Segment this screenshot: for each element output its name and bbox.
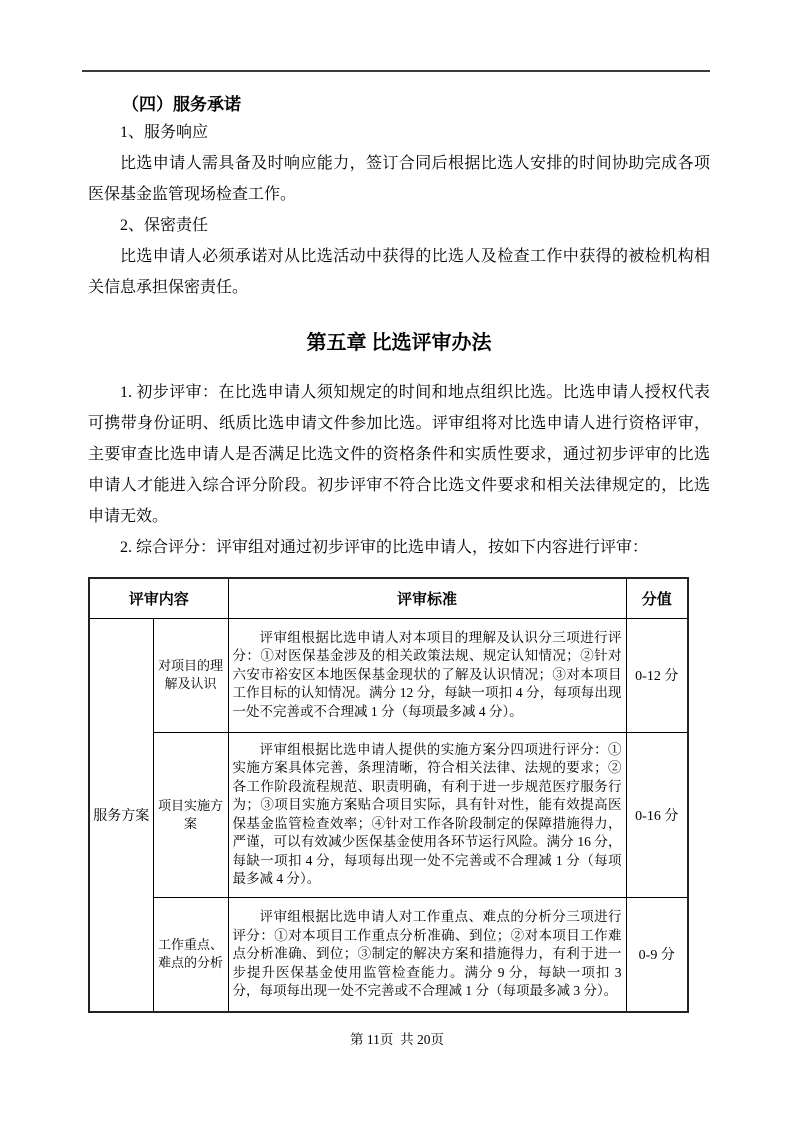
item1-body: 比选申请人需具备及时响应能力，签订合同后根据比选人安排的时间协助完成各项医保基金… — [88, 148, 710, 210]
table-header-review-content: 评审内容 — [89, 578, 228, 618]
header-rule — [82, 70, 710, 72]
chapter-para-preliminary-review: 1. 初步评审：在比选申请人须知规定的时间和地点组织比选。比选申请人授权代表可携… — [88, 377, 710, 532]
table-row: 项目实施方案 评审组根据比选申请人提供的实施方案分四项进行评分：①实施方案具体完… — [89, 732, 688, 897]
table-header-review-standard: 评审标准 — [228, 578, 626, 618]
evaluation-criteria-table: 评审内容 评审标准 分值 服务方案 对项目的理解及认识 评审组根据比选申请人对本… — [88, 577, 689, 1013]
standard-text: 评审组根据比选申请人提供的实施方案分四项进行评分：①实施方案具体完善，条理清晰，… — [233, 741, 622, 889]
standard-cell-project-understanding: 评审组根据比选申请人对本项目的理解及认识分三项进行评分：①对医保基金涉及的相关政… — [228, 618, 626, 732]
document-page: （四）服务承诺 1、服务响应 比选申请人需具备及时响应能力，签订合同后根据比选人… — [0, 0, 794, 1122]
score-cell-project-understanding: 0-12 分 — [626, 618, 688, 732]
item-cell-key-difficulty-analysis: 工作重点、难点的分析 — [153, 897, 228, 1012]
category-cell-service-plan: 服务方案 — [89, 618, 153, 1012]
page-number: 第 11页 共 20页 — [0, 1028, 794, 1048]
item1-title: 1、服务响应 — [88, 117, 710, 148]
table-row: 服务方案 对项目的理解及认识 评审组根据比选申请人对本项目的理解及认识分三项进行… — [89, 618, 688, 732]
score-cell-implementation-plan: 0-16 分 — [626, 732, 688, 897]
item-cell-implementation-plan: 项目实施方案 — [153, 732, 228, 897]
table-header-row: 评审内容 评审标准 分值 — [89, 578, 688, 618]
standard-cell-implementation-plan: 评审组根据比选申请人提供的实施方案分四项进行评分：①实施方案具体完善，条理清晰，… — [228, 732, 626, 897]
section-heading-service-commitment: （四）服务承诺 — [88, 93, 710, 117]
standard-cell-key-difficulty-analysis: 评审组根据比选申请人对工作重点、难点的分析分三项进行评分：①对本项目工作重点分析… — [228, 897, 626, 1012]
chapter-title: 第五章 比选评审办法 — [88, 327, 710, 359]
item-cell-project-understanding: 对项目的理解及认识 — [153, 618, 228, 732]
table-row: 工作重点、难点的分析 评审组根据比选申请人对工作重点、难点的分析分三项进行评分：… — [89, 897, 688, 1012]
item2-body: 比选申请人必须承诺对从比选活动中获得的比选人及检查工作中获得的被检机构相关信息承… — [88, 241, 710, 303]
chapter-para-comprehensive-scoring: 2. 综合评分：评审组对通过初步评审的比选申请人，按如下内容进行评审： — [88, 532, 710, 563]
item2-title: 2、保密责任 — [88, 210, 710, 241]
score-cell-key-difficulty-analysis: 0-9 分 — [626, 897, 688, 1012]
standard-text: 评审组根据比选申请人对工作重点、难点的分析分三项进行评分：①对本项目工作重点分析… — [233, 908, 622, 1001]
table-header-score: 分值 — [626, 578, 688, 618]
standard-text: 评审组根据比选申请人对本项目的理解及认识分三项进行评分：①对医保基金涉及的相关政… — [233, 629, 622, 722]
document-content: （四）服务承诺 1、服务响应 比选申请人需具备及时响应能力，签订合同后根据比选人… — [0, 93, 794, 1013]
